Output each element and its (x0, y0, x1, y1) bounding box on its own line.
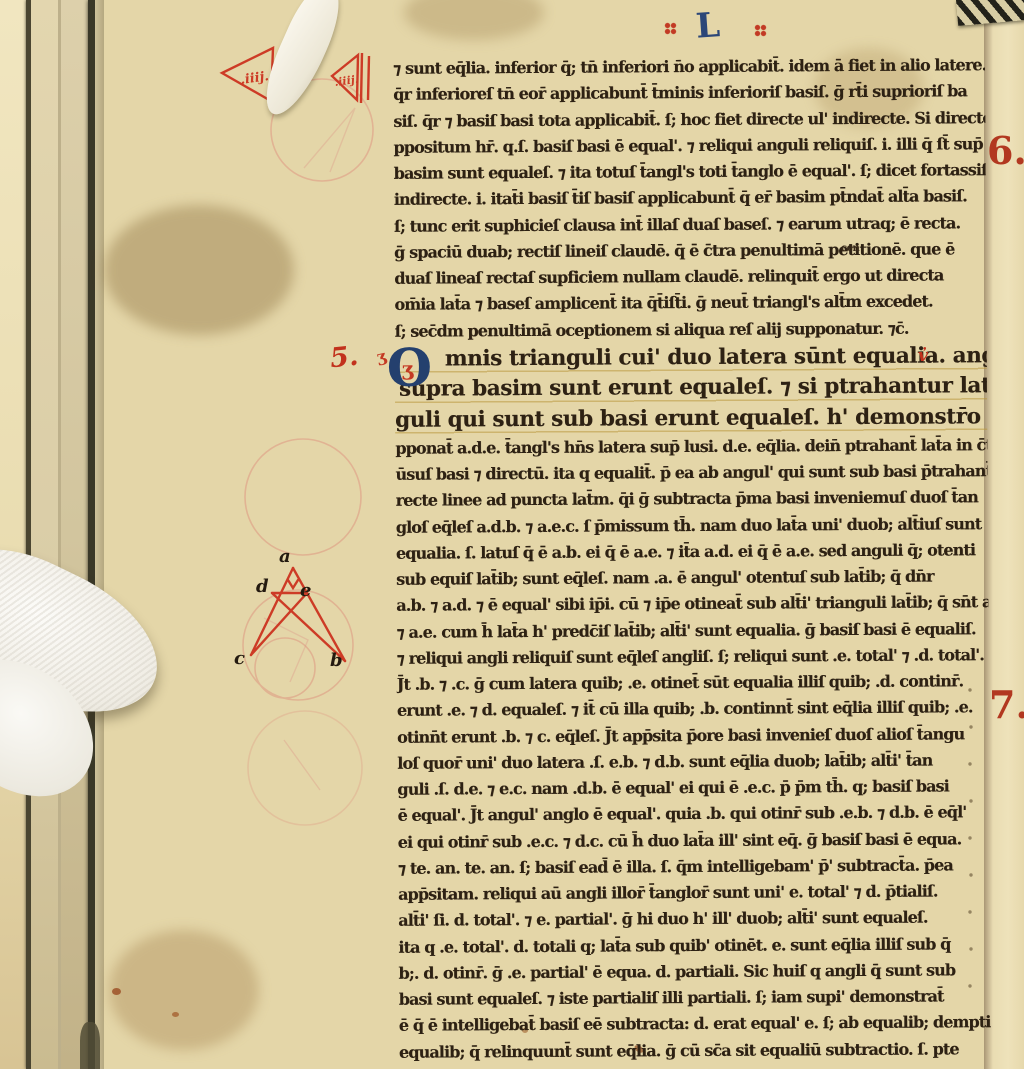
diagram-letter-c: c (234, 648, 245, 669)
manuscript-text-line: recte linee ad puncta lat̄m. q̄i ḡ subtr… (396, 485, 988, 515)
margin-proposition-number-6: 6. (987, 128, 1024, 173)
manuscript-text-line: app̄sitam. reliqui aū angli illor̄ t̄ang… (398, 878, 990, 908)
manuscript-text-line: ē equal'. J̄t angul' anglo ē equal'. qui… (397, 800, 989, 830)
rubric-flourish: v̓ (918, 346, 928, 366)
gutter-shadow (80, 1022, 100, 1069)
manuscript-page: L .iiij. (104, 0, 986, 1069)
manuscript-text-line: gloſ eq̄leſ a.d.b. ⁊ a.e.c. ſ p̄missum t… (396, 511, 988, 541)
proposition-statement-block: O ʒ ʒ mnis trianguli cui' duo latera sūn… (395, 341, 988, 436)
faded-angle-figure (304, 108, 355, 172)
margin-proposition-number-5: 5. (328, 341, 359, 375)
manuscript-text-line: ē q̄ ē intelligebat̄ basiſ eē subtracta:… (399, 1010, 991, 1040)
manuscript-text-line: ūsuſ basi ⁊ directū. ita q equalit̄. p̄ … (395, 458, 987, 488)
manuscript-text-line: pponat̄ a.d.e. t̄angl's hn̄s latera sup̄… (395, 432, 987, 462)
book-edge-strip (61, 0, 88, 1069)
manuscript-text-line: basim sunt equaleſ. ⁊ ita totuſ t̄angl's… (394, 157, 986, 187)
diagram-letter-e: e (300, 580, 311, 601)
book-edge-strip (95, 0, 104, 1069)
manuscript-display-line: guli qui sunt sub basi erunt equaleſ. h'… (395, 402, 987, 436)
commentary-text-block: ⁊ sunt eq̄lia. inferior q̄; tn̄ inferior… (393, 52, 987, 344)
manuscript-text-line: ⁊ reliqui angli reliquiſ sunt eq̄leſ ang… (397, 642, 989, 672)
manuscript-text-line: a.b. ⁊ a.d. ⁊ ē equal' sibi ip̄i. cū ⁊ i… (396, 590, 988, 620)
manuscript-display-line: mnis trianguli cui' duo latera sūnt equa… (395, 341, 987, 375)
manuscript-text-line: ſ; tunc erit suphicieſ clausa int̄ illaſ… (394, 210, 986, 240)
manuscript-text-line: sub equiſ lat̄ib; sunt eq̄leſ. nam .a. ē… (396, 563, 988, 593)
gutter-shadow (88, 0, 95, 1069)
diagram-letter-d: d (256, 576, 269, 597)
manuscript-text-line: duaſ lineaſ rectaſ supficiem nullam clau… (394, 262, 986, 292)
book-edge-strip (31, 0, 58, 1069)
manuscript-text-line: guli .ſ. d.e. ⁊ e.c. nam .d.b. ē equal' … (397, 773, 989, 803)
manuscript-photo: 6. 7. L (0, 0, 1024, 1069)
manuscript-text-line: ḡ spaciū duab; rectiſ lineiſ claudē. q̄ … (394, 236, 986, 266)
manuscript-text-line: J̄t .b. ⁊ .c. ḡ cum latera quib; .e. oti… (397, 668, 989, 698)
manuscript-display-line: supra basim sunt erunt equaleſ. ⁊ si ptr… (395, 371, 987, 405)
manuscript-text-line: erunt .e. ⁊ d. equaleſ. ⁊ it̄ cū illa qu… (397, 695, 989, 725)
penwork-flourish-icon: ʒ (402, 356, 414, 380)
manuscript-text-line: alt̄i' ſi. d. total'. ⁊ e. partial'. ḡ h… (398, 905, 990, 935)
triangle-number-label: .iiij. (334, 73, 360, 89)
manuscript-text-line: equalib; q̄ relinquunt̄ sunt eq̄lia. ḡ c… (399, 1036, 991, 1066)
manuscript-text-line: ⁊ a.e. cum h̄ lat̄a h' predc̄iſ lat̄ib; … (396, 616, 988, 646)
manuscript-text-line: equalia. ſ. latuſ q̄ ē a.b. ei q̄ ē a.e.… (396, 537, 988, 567)
manuscript-text-line: loſ quor̄ uni' duo latera .ſ. e.b. ⁊ d.b… (397, 747, 989, 777)
manuscript-text-line: ita q .e. total'. d. totali q; lat̄a sub… (398, 931, 990, 961)
margin-proposition-number-7: 7. (989, 682, 1024, 727)
manuscript-text-line: ſ; sec̄dm penultimā oceptionem si aliqua… (395, 315, 987, 345)
interlinear-gloss: cen (841, 243, 859, 254)
demonstration-text-block: pponat̄ a.d.e. t̄angl's hn̄s latera sup̄… (395, 432, 991, 1066)
manuscript-text-line: b;. d. otinr̄. ḡ .e. partial' ē equa. d.… (398, 957, 990, 987)
diagram-letter-a: a (279, 546, 291, 567)
manuscript-text-line: q̄r inferioreſ tn̄ eor̄ applicabunt̄ t̄m… (393, 78, 985, 108)
proposition-lines: mnis trianguli cui' duo latera sūnt equa… (395, 341, 988, 436)
manuscript-text-line: ppositum hr̄. q.ſ. basiſ basi ē equal'. … (393, 131, 985, 161)
text-column: ⁊ sunt eq̄lia. inferior q̄; tn̄ inferior… (393, 52, 991, 1066)
book-edge-strip (0, 0, 26, 1069)
illuminated-initial: O ʒ ʒ (385, 340, 437, 402)
manuscript-text-line: ⁊ sunt eq̄lia. inferior q̄; tn̄ inferior… (393, 52, 985, 82)
manuscript-text-line: indirecte. i. itat̄i basiſ t̄iſ basiſ ap… (394, 183, 986, 213)
manuscript-text-line: basi sunt equaleſ. ⁊ iste partialiſ illi… (399, 983, 991, 1013)
manuscript-text-line: om̄ia lat̄a ⁊ baseſ amplicent̄ ita q̄t̄i… (394, 288, 986, 318)
manuscript-text-line: ⁊ te. an. te. an. ſ; basiſ ead̄ ē illa. … (398, 852, 990, 882)
triangle-number-label: .iiij. (239, 69, 269, 88)
manuscript-text-line: otinn̄t erunt .b. ⁊ c. eq̄leſ. J̄t app̄s… (397, 721, 989, 751)
manuscript-text-line: ei qui otinr̄ sub .e.c. ⁊ d.c. cū h̄ duo… (398, 826, 990, 856)
manuscript-text-line: siſ. q̄r ⁊ basiſ basi tota applicabit̄. … (393, 105, 985, 135)
diagram-letter-b: b (330, 650, 343, 671)
